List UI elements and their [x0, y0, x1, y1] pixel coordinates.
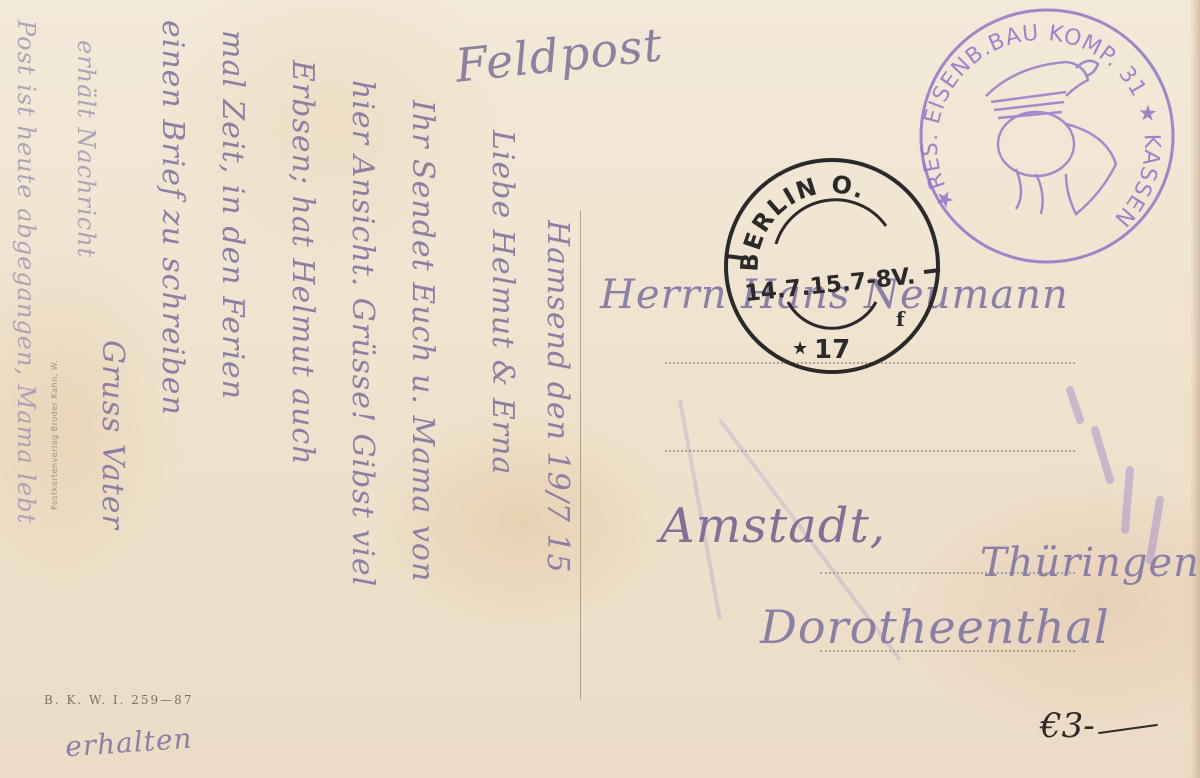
price-dash	[1098, 724, 1158, 734]
unit-stamp: ★RES. EISENB.BAU KOMP. 31 ★ KASSENVERW.	[916, 4, 1178, 268]
postmark-office-number: 17	[814, 335, 850, 365]
message-signature: Gruss Vater	[95, 340, 130, 530]
message-line-4: hier Ansicht. Grüsse! Gibst viel	[345, 80, 380, 587]
print-code: B. K. W. I. 259—87	[44, 693, 193, 707]
message-line-5: Erbsen; hat Helmut auch	[285, 60, 320, 466]
message-closing-word: erhalten	[64, 722, 193, 764]
address-line-2	[665, 450, 1075, 452]
price-note: €3-	[1040, 706, 1095, 746]
message-line-greeting: Liebe Helmut & Erna	[485, 130, 520, 475]
eagle-icon	[986, 61, 1116, 214]
message-line-3: Ihr Sendet Euch u. Mama von	[405, 100, 440, 582]
card-edge-shadow	[1190, 0, 1200, 778]
message-line-date: Hamsend den 19/7 15	[540, 220, 575, 574]
postmark-date: 14.7.15.7-8V.	[743, 263, 916, 307]
publisher-imprint: Postkartenverlag Broder Kahn, W.	[50, 360, 59, 510]
postmark-city: BERLIN O.	[735, 170, 870, 272]
berlin-postmark: BERLIN O. 14.7.15.7-8V. f 17 ★	[718, 152, 946, 380]
message-line-7: einen Brief zu schreiben	[155, 20, 190, 416]
message-line-6: mal Zeit, in den Ferien	[215, 30, 250, 400]
margin-note-left-2: erhält Nachricht	[72, 40, 100, 258]
postmark-star-icon: ★	[792, 338, 808, 359]
card-divider	[580, 210, 581, 700]
address-city: Amstadt,	[660, 498, 886, 554]
svg-text:BERLIN O.: BERLIN O.	[735, 170, 870, 272]
feldpost-heading: Feldpost	[453, 17, 666, 92]
address-region: Thüringen	[980, 540, 1200, 586]
postmark-letter: f	[896, 307, 906, 331]
postcard-back: Feldpost Herrn Hans Neumann Amstadt, Thü…	[0, 0, 1200, 778]
margin-note-left: Post ist heute abgegangen, Mama lebt	[12, 20, 40, 524]
address-district: Dorotheenthal	[760, 600, 1110, 654]
